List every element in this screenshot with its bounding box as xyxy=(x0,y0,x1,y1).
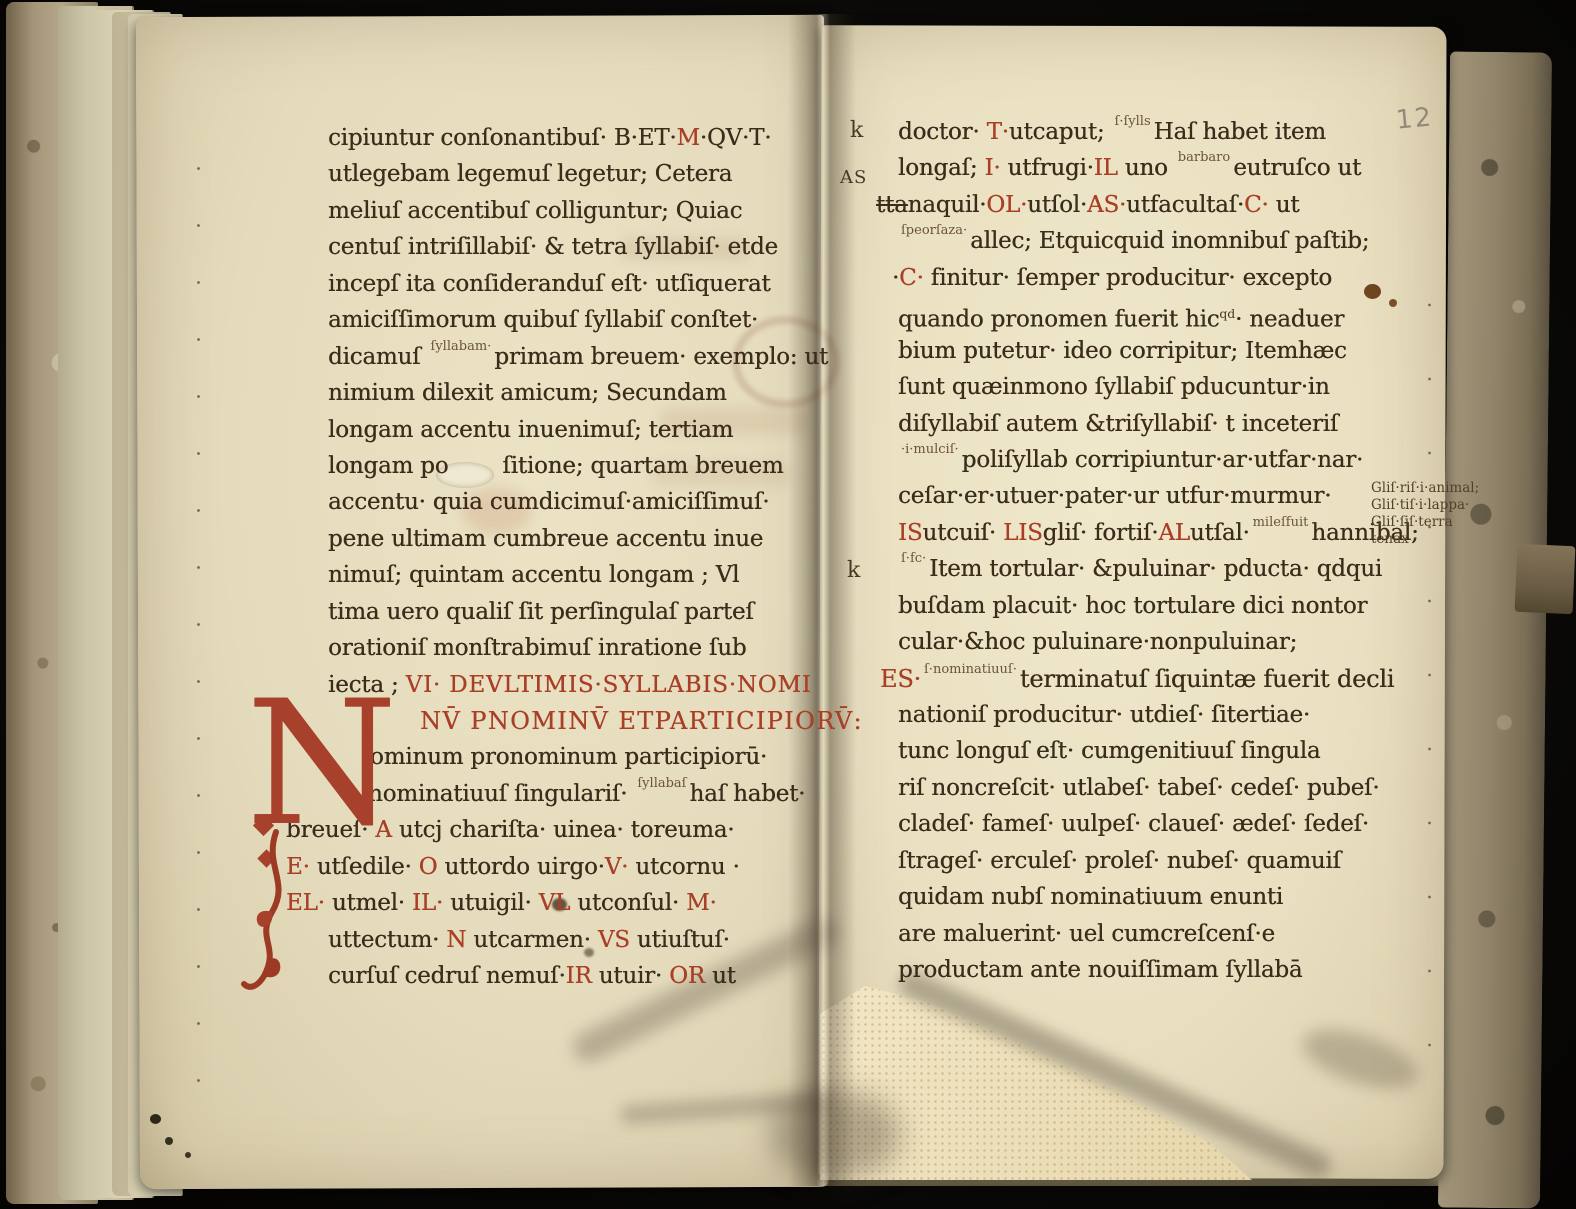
text-segment: utuigil· xyxy=(443,890,539,916)
right-text-column: doctor· T·utcaput; ſ·ſyllsHaſ habet item… xyxy=(898,114,1403,989)
initial-flourish xyxy=(230,828,310,998)
text-segment: quidam nubſ nominatiuum enunti xyxy=(898,884,1283,910)
text-segment: · neaduer xyxy=(1235,307,1344,333)
text-line: curſuſ cedruſ nemuſ·IR utuir· OR ut xyxy=(328,958,833,994)
text-line: ES·ſ·nominatiuuſ·terminatuſ ſiquintæ fue… xyxy=(880,661,1403,697)
text-line: ttanaquil·OL·utſol·AS·utfacultaſ·C· ut xyxy=(876,187,1403,223)
interlinear-gloss: ſ·nominatiuuſ· xyxy=(924,662,1017,677)
text-segment: longam po xyxy=(328,453,448,479)
text-segment: utiuſtuſ· xyxy=(630,927,730,953)
text-segment: doctor· xyxy=(898,119,987,145)
manuscript-photo: cipiuntur conſonantibuſ· B·ET·M·QV·T·utl… xyxy=(0,0,1576,1209)
text-line: orationiſ monſtrabimuſ inratione ſub xyxy=(328,630,833,666)
text-line: tunc longuſ eſt· cumgenitiuuſ ſingula xyxy=(898,733,1403,769)
text-line: nimuſ; quintam accentu longam ; Vl xyxy=(328,557,833,593)
text-line: utlegebam legemuſ legetur; Cetera xyxy=(328,156,833,192)
interlinear-gloss: ·i·mulciſ· xyxy=(901,442,959,457)
text-segment: tta xyxy=(876,192,908,218)
rubric-letter: C· xyxy=(1244,192,1269,218)
text-segment: allec; Etquicquid inomnibuſ paſtib; xyxy=(970,228,1369,254)
text-segment: ſitione; quartam breuem xyxy=(502,453,783,479)
text-segment: orationiſ monſtrabimuſ inratione ſub xyxy=(328,635,746,661)
text-line: longam accentu inuenimuſ; tertiam xyxy=(328,412,833,448)
text-segment: ·QV·T· xyxy=(700,125,772,151)
text-segment: ut xyxy=(705,963,736,989)
text-segment: utſol· xyxy=(1027,192,1087,218)
text-segment: utfacultaſ· xyxy=(1126,192,1244,218)
text-segment: dicamuſ xyxy=(328,344,428,370)
text-segment: uno xyxy=(1118,155,1175,181)
text-segment: utuir· xyxy=(592,963,670,989)
interlinear-gloss: ſyllabam· xyxy=(431,339,492,354)
rubric-letter: M· xyxy=(686,890,716,916)
text-line: longam poſitione; quartam breuem xyxy=(328,448,833,484)
text-segment: uttectum· xyxy=(328,927,446,953)
folio-number: 12 xyxy=(1395,102,1435,135)
text-segment: longam accentu inuenimuſ; tertiam xyxy=(328,417,733,443)
text-segment: amiciſſimorum quibuſ ſyllabiſ conſtet· xyxy=(328,307,758,333)
margin-mark: k xyxy=(850,118,863,143)
text-segment: ſtrageſ· erculeſ· proleſ· nubeſ· quamuiſ xyxy=(898,848,1341,874)
text-segment: utcornu · xyxy=(628,854,739,880)
left-text-column: cipiuntur conſonantibuſ· B·ET·M·QV·T·utl… xyxy=(328,120,833,995)
text-line: nominatiuuſ ſingulariſ· ſyllabaſhaſ habe… xyxy=(328,776,833,812)
text-segment: nationiſ producitur· utdieſ· ſitertiae· xyxy=(898,702,1310,728)
text-segment: primam breuem· exemplo: ut xyxy=(494,344,828,370)
text-line: buſdam placuit· hoc tortulare dici nonto… xyxy=(898,588,1403,624)
text-segment: longaſ; xyxy=(898,155,984,181)
text-line: cipiuntur conſonantibuſ· B·ET·M·QV·T· xyxy=(328,120,833,156)
text-line: bium putetur· ideo corripitur; Itemhæc xyxy=(898,333,1403,369)
text-segment: nimuſ; quintam accentu longam ; Vl xyxy=(328,562,739,588)
text-line: ominum pronominum participiorū· xyxy=(328,739,833,775)
text-line: ſtrageſ· erculeſ· proleſ· nubeſ· quamuiſ xyxy=(898,843,1403,879)
text-segment: incepſ ita conſideranduſ eſt· utſiquerat xyxy=(328,271,770,297)
marginal-gloss-line: Gliſ·ſiſ·terra xyxy=(1371,514,1479,531)
margin-mark: k xyxy=(847,558,860,583)
text-line: uttectum· N utcarmen· VS utiuſtuſ· xyxy=(328,922,833,958)
rubric-letter: VS xyxy=(598,927,630,953)
text-line: ſpeorſaza·allec; Etquicquid inomnibuſ pa… xyxy=(898,223,1403,259)
marginal-gloss-line: Gliſ·riſ·i·animal; xyxy=(1371,480,1479,497)
text-segment: riſ noncreſcit· utlabeſ· tabeſ· cedeſ· p… xyxy=(898,775,1379,801)
text-segment: nimium dilexit amicum; Secundam xyxy=(328,380,727,406)
text-segment: are maluerint· uel cumcreſcenſ·e xyxy=(898,921,1275,947)
text-segment: curſuſ cedruſ nemuſ· xyxy=(328,963,566,989)
text-segment: utcarmen· xyxy=(466,927,598,953)
rubric-letter: ES· xyxy=(880,665,921,693)
text-line: ·i·mulciſ·poliſyllab corripiuntur·ar·utf… xyxy=(898,442,1403,478)
text-segment: poliſyllab corripiuntur·ar·utfar·nar· xyxy=(962,447,1363,473)
marginal-gloss-line: tenax · xyxy=(1371,531,1479,548)
text-segment: gliſ· fortiſ· xyxy=(1043,520,1159,546)
text-segment: utfrugi· xyxy=(1000,155,1093,181)
interlinear-gloss: mileſfuit xyxy=(1253,515,1309,530)
rubric-letter: C· xyxy=(899,265,924,291)
rubric-letter: V· xyxy=(605,854,629,880)
text-line: ·C· finitur· ſemper producitur· excepto xyxy=(892,260,1403,296)
rubric-letter: AS· xyxy=(1087,192,1126,218)
gutter-shadow xyxy=(770,1090,900,1180)
text-segment: buſdam placuit· hoc tortulare dici nonto… xyxy=(898,593,1367,619)
rubric-letter: IL· xyxy=(412,890,443,916)
text-line: ISutcuiſ· LISgliſ· fortiſ·ALutſal·mileſf… xyxy=(898,515,1403,551)
rubric-letter: LIS xyxy=(1003,520,1043,546)
text-segment: eutruſco ut xyxy=(1233,155,1361,181)
rubric-letter: NV̄ PNOMINV̄ ETPARTICIPIORV̄: xyxy=(420,707,863,735)
text-line: EL· utmel· IL· utuigil· VL utconſul· M· xyxy=(286,885,833,921)
text-segment: utſal· xyxy=(1190,520,1250,546)
text-segment: quando pronomen fuerit hic xyxy=(898,307,1219,333)
text-segment: meliuſ accentibuſ colliguntur; Quiac xyxy=(328,198,742,224)
text-segment: diſyllabiſ autem &triſyllabiſ· t inceter… xyxy=(898,411,1338,437)
stain xyxy=(165,1137,173,1145)
text-line: are maluerint· uel cumcreſcenſ·e xyxy=(898,916,1403,952)
rubric-letter: I· xyxy=(984,155,1000,181)
interlinear-gloss: barbaro xyxy=(1178,150,1230,165)
text-line: amiciſſimorum quibuſ ſyllabiſ conſtet· xyxy=(328,302,833,338)
text-line: ſunt quæinmono ſyllabiſ pducuntur·in xyxy=(898,369,1403,405)
text-segment: centuſ intriſillabiſ· & tetra ſyllabiſ· … xyxy=(328,234,778,260)
binding-edge xyxy=(1438,51,1552,1208)
text-segment: tima uero qualiſ ſit perſingulaſ parteſ xyxy=(328,599,754,625)
text-segment: Item tortular· &puluinar· pducta· qdqui xyxy=(929,556,1382,582)
marginal-gloss: Gliſ·riſ·i·animal;Gliſ·tiſ·i·lappa·Gliſ·… xyxy=(1371,480,1479,548)
text-segment: nominatiuuſ ſingulariſ· xyxy=(368,781,634,807)
text-segment: naquil· xyxy=(908,192,987,218)
rubric-letter: AL xyxy=(1158,520,1189,546)
text-segment: productam ante nouiſſimam ſyllabā xyxy=(898,957,1302,983)
text-segment: ominum pronominum participiorū· xyxy=(370,744,767,770)
text-line: incepſ ita conſideranduſ eſt· utſiquerat xyxy=(328,266,833,302)
text-line: quando pronomen fuerit hicqd· neaduer xyxy=(898,296,1403,332)
pricking-holes xyxy=(1427,268,1432,1088)
text-segment: Haſ habet item xyxy=(1154,119,1326,145)
text-line: longaſ; I· utfrugi·IL uno barbaroeutruſc… xyxy=(898,150,1403,186)
rubric-letter: OR xyxy=(669,963,705,989)
clasp-strap xyxy=(1515,544,1576,614)
text-segment: ceſar·er·utuer·pater·ur utfur·murmur· xyxy=(898,483,1331,509)
text-line: ceſar·er·utuer·pater·ur utfur·murmur· xyxy=(898,478,1403,514)
margin-mark: AS xyxy=(840,167,867,188)
interlinear-gloss: ſpeorſaza· xyxy=(901,223,967,238)
text-segment: cladeſ· fameſ· uulpeſ· claueſ· ædeſ· ſed… xyxy=(898,811,1369,837)
text-segment: ſunt quæinmono ſyllabiſ pducuntur·in xyxy=(898,374,1330,400)
stain xyxy=(150,1114,161,1124)
text-segment: pene ultimam cumbreue accentu inue xyxy=(328,526,763,552)
text-segment: ut xyxy=(1269,192,1300,218)
rubric-letter: VL xyxy=(539,890,570,916)
text-line: nimium dilexit amicum; Secundam xyxy=(328,375,833,411)
text-line: ſ·fc·Item tortular· &puluinar· pducta· q… xyxy=(898,551,1403,587)
text-line: accentu· quia cumdicimuſ·amiciſſimuſ· xyxy=(328,484,833,520)
text-line: cladeſ· fameſ· uulpeſ· claueſ· ædeſ· ſed… xyxy=(898,806,1403,842)
text-segment: cipiuntur conſonantibuſ· B·ET· xyxy=(328,125,676,151)
text-line: productam ante nouiſſimam ſyllabā xyxy=(898,952,1403,988)
text-line: pene ultimam cumbreue accentu inue xyxy=(328,521,833,557)
text-segment: finitur· ſemper producitur· excepto xyxy=(924,265,1332,291)
rubric-letter: M xyxy=(676,125,699,151)
text-line: nationiſ producitur· utdieſ· ſitertiae· xyxy=(898,697,1403,733)
text-segment: tunc longuſ eſt· cumgenitiuuſ ſingula xyxy=(898,738,1320,764)
rubric-letter: OL· xyxy=(986,192,1027,218)
text-line: diſyllabiſ autem &triſyllabiſ· t inceter… xyxy=(898,406,1403,442)
text-line: riſ noncreſcit· utlabeſ· tabeſ· cedeſ· p… xyxy=(898,770,1403,806)
interlinear-gloss: ſyllabaſ xyxy=(637,776,686,791)
rubric-letter: T· xyxy=(987,119,1009,145)
rubric-letter: IR xyxy=(566,963,592,989)
text-line: tima uero qualiſ ſit perſingulaſ parteſ xyxy=(328,594,833,630)
text-segment: bium putetur· ideo corripitur; Itemhæc xyxy=(898,338,1347,364)
stain xyxy=(185,1152,191,1158)
text-line: centuſ intriſillabiſ· & tetra ſyllabiſ· … xyxy=(328,229,833,265)
text-line: iecta ; VI· DEVLTIMIS·SYLLABIS·NOMI xyxy=(328,667,833,703)
text-segment: uttordo uirgo· xyxy=(437,854,604,880)
text-line: meliuſ accentibuſ colliguntur; Quiac xyxy=(328,193,833,229)
rubric-letter: VI· DEVLTIMIS·SYLLABIS·NOMI xyxy=(406,672,812,698)
text-line: NV̄ PNOMINV̄ ETPARTICIPIORV̄: xyxy=(328,703,833,739)
text-line: quidam nubſ nominatiuum enunti xyxy=(898,879,1403,915)
text-segment: haſ habet· xyxy=(689,781,805,807)
interlinear-gloss: ſ·ſylls xyxy=(1115,114,1151,129)
rubric-letter: O xyxy=(419,854,438,880)
text-line: dicamuſ ſyllabam·primam breuem· exemplo:… xyxy=(328,339,833,375)
text-segment: utlegebam legemuſ legetur; Cetera xyxy=(328,161,732,187)
rubric-letter: N xyxy=(446,927,466,953)
text-segment: utcj chariſta· uinea· toreuma· xyxy=(392,817,735,843)
text-segment: qd xyxy=(1219,306,1235,321)
text-segment: accentu· quia cumdicimuſ·amiciſſimuſ· xyxy=(328,489,769,515)
text-segment: terminatuſ ſiquintæ fuerit decli xyxy=(1020,665,1394,693)
text-line: cular·&hoc puluinare·nonpuluinar; xyxy=(898,624,1403,660)
pricking-holes xyxy=(196,140,201,1090)
rubric-letter: IS xyxy=(898,520,922,546)
text-line: doctor· T·utcaput; ſ·ſyllsHaſ habet item xyxy=(898,114,1403,150)
text-segment: utconſul· xyxy=(570,890,686,916)
text-segment: cular·&hoc puluinare·nonpuluinar; xyxy=(898,629,1297,655)
text-segment: utcaput; xyxy=(1009,119,1112,145)
text-segment: utmel· xyxy=(325,890,412,916)
marginal-gloss-line: Gliſ·tiſ·i·lappa· xyxy=(1371,497,1479,514)
rubric-letter: IL xyxy=(1094,155,1118,181)
interlinear-gloss: ſ·fc· xyxy=(901,551,926,566)
text-segment: utcuiſ· xyxy=(922,520,1003,546)
